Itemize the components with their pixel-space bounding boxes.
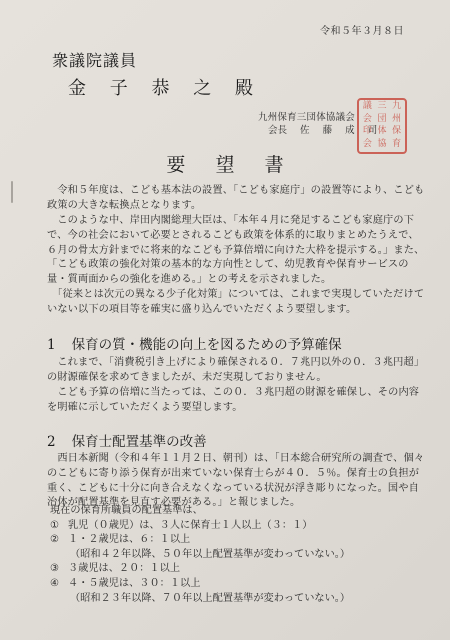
- stamp-char: 議: [360, 101, 375, 114]
- list-item: ②１・２歳児は、６：１以上: [50, 533, 350, 548]
- list-marker: ②: [50, 533, 68, 548]
- intro-paragraph-1: 令和５年度は、こども基本法の設置、「こども家庭庁」の設置等により、こども政策の大…: [47, 184, 427, 214]
- section-number: 2: [47, 434, 56, 450]
- document-title: 要 望 書: [0, 150, 450, 177]
- list-item-text: ４・５歳児は、３０：１以上: [68, 578, 200, 589]
- intro-paragraph-3: 「従来とは次元の異なる少子化対策」については、これまで実現していただけていない以…: [47, 288, 427, 318]
- sender-name-char: 藤: [323, 125, 333, 136]
- list-marker: ④: [50, 577, 68, 592]
- recipient-name-char: 金: [68, 78, 86, 99]
- recipient-name-char: 之: [193, 78, 211, 99]
- recipient-title: 衆議院議員: [52, 48, 137, 71]
- stamp-char: 会: [360, 114, 375, 127]
- list-marker: ③: [50, 562, 68, 577]
- section-title: 保育の質・機能の向上を図るための予算確保: [72, 337, 342, 353]
- sender-name-char: 佐: [300, 125, 310, 136]
- section-1-paragraph-2: こども予算の倍増に当たっては、この０．３兆円超の財源を確保し、その内容を明確に示…: [47, 386, 427, 416]
- recipient-name: 金 子 恭 之 殿: [68, 74, 271, 100]
- section-number: 1: [47, 337, 56, 353]
- sender-organization: 九州保育三団体協議会: [258, 109, 355, 123]
- title-char: 書: [265, 154, 284, 176]
- stamp-char: 団: [375, 114, 390, 127]
- list-marker: ①: [50, 519, 68, 534]
- list-item-note: （昭和２３年以降、７０年以上配置基準が変わっていない。）: [50, 592, 350, 607]
- intro-paragraph-2: このような中、岸田内閣総理大臣は、「本年４月に発足するこども家庭庁の下で、今の社…: [47, 214, 427, 288]
- document-page: 令和５年３月８日 衆議院議員 金 子 恭 之 殿 九州保育三団体協議会 会長 佐…: [0, 0, 450, 640]
- section-1-paragraph-1: これまで、「消費税引き上げにより確保される０．７兆円以外の０．３兆円超」の財源確…: [47, 356, 427, 386]
- sender-name-char: 成: [345, 125, 355, 136]
- recipient-honorific: 殿: [235, 78, 253, 99]
- stamp-char: 九: [389, 101, 404, 114]
- stamp-char: 州: [389, 114, 404, 127]
- list-item-text: １・２歳児は、６：１以上: [68, 534, 190, 545]
- section-1-heading: 1保育の質・機能の向上を図るための予算確保: [47, 333, 342, 353]
- staple-mark: [11, 181, 13, 203]
- section-title: 保育士配置基準の改善: [72, 434, 207, 450]
- list-item: ④４・５歳児は、３０：１以上: [50, 577, 350, 592]
- list-item: ①乳児（０歳児）は、３人に保育士１人以上（３：１）: [50, 519, 350, 534]
- stamp-char: 保: [389, 126, 404, 139]
- document-date: 令和５年３月８日: [320, 22, 404, 37]
- list-intro: 現在の保育所職員の配置基準は、: [50, 504, 350, 519]
- sender-role: 会長: [268, 125, 287, 136]
- staffing-standards-list: 現在の保育所職員の配置基準は、 ①乳児（０歳児）は、３人に保育士１人以上（３：１…: [50, 504, 350, 606]
- recipient-name-char: 恭: [151, 78, 169, 99]
- title-char: 望: [215, 154, 234, 176]
- section-2-paragraph-1: 西日本新聞（令和４年１１月２日、朝刊）は、「日本総合研究所の調査で、個々のこども…: [47, 452, 427, 511]
- stamp-char: 体: [375, 126, 390, 139]
- list-item-text: ３歳児は、２０：１以上: [68, 563, 180, 574]
- recipient-name-char: 子: [110, 78, 128, 99]
- list-item-text: 乳児（０歳児）は、３人に保育士１人以上（３：１）: [68, 520, 313, 531]
- section-2-heading: 2保育士配置基準の改善: [47, 430, 207, 450]
- stamp-char: 印: [360, 126, 375, 139]
- list-item: ③３歳児は、２０：１以上: [50, 562, 350, 577]
- list-item-note: （昭和４２年以降、５０年以上配置基準が変わっていない。）: [50, 548, 350, 563]
- official-seal-stamp-icon: 議 会 印 会 三 団 体 協 九 州 保 育: [357, 98, 407, 154]
- stamp-char: 三: [375, 101, 390, 114]
- title-char: 要: [166, 154, 185, 176]
